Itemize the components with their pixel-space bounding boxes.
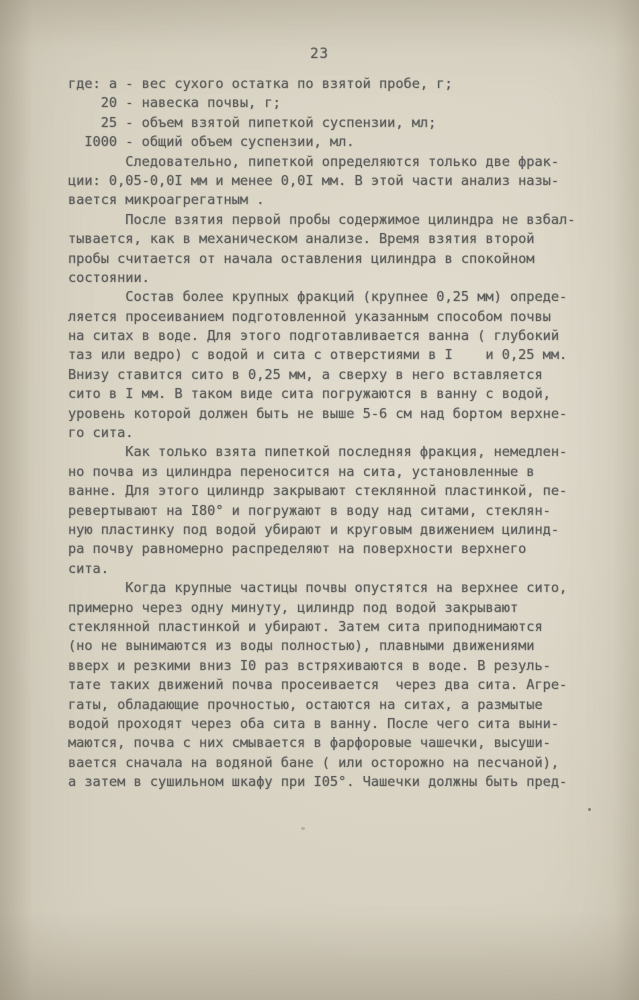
text-line: 20 - навеска почвы, г;: [68, 94, 608, 113]
text-line: I000 - общий объем суспензии, мл.: [68, 133, 608, 152]
text-line: на ситах в воде. Для этого подготавливае…: [68, 327, 608, 346]
text-line: сито в I мм. В таком виде сита погружают…: [68, 385, 608, 404]
text-line: уровень которой должен быть не выше 5-6 …: [68, 405, 608, 424]
ink-speck: [301, 827, 305, 830]
text-line: ревертывают на I80° и погружают в воду н…: [68, 502, 608, 521]
page-number: 23: [0, 46, 639, 62]
text-line: таз или ведро) с водой и сита с отверсти…: [68, 346, 608, 365]
text-line: стеклянной пластинкой и убирают. Затем с…: [68, 618, 608, 637]
text-line: ляется просеиванием подготовленной указа…: [68, 308, 608, 327]
text-line: тывается, как в механическом анализе. Вр…: [68, 230, 608, 249]
text-line: вается сначала на водяной бане ( или ост…: [68, 754, 608, 773]
text-line: где: а - вес сухого остатка по взятой пр…: [68, 75, 608, 94]
text-line: Следовательно, пипеткой определяются тол…: [68, 153, 608, 172]
text-line: ванне. Для этого цилиндр закрывают стекл…: [68, 482, 608, 501]
text-line: тате таких движений почва просеивается ч…: [68, 676, 608, 695]
text-line: маются, почва с них смывается в фарфоров…: [68, 734, 608, 753]
text-line: ра почву равномерно распределяют на пове…: [68, 540, 608, 559]
text-line: примерно через одну минуту, цилиндр под …: [68, 599, 608, 618]
text-line: Состав более крупных фракций (крупнее 0,…: [68, 288, 608, 307]
text-line: состоянии.: [68, 269, 608, 288]
text-line: 25 - объем взятой пипеткой суспензии, мл…: [68, 114, 608, 133]
text-line: ции: 0,05-0,0I мм и менее 0,0I мм. В это…: [68, 172, 608, 191]
text-line: гаты, обладающие прочностью, остаются на…: [68, 696, 608, 715]
text-line: ную пластинку под водой убирают и кругов…: [68, 521, 608, 540]
text-line: водой проходят через оба сита в ванну. П…: [68, 715, 608, 734]
text-line: а затем в сушильном шкафу при I05°. Чаше…: [68, 773, 608, 792]
text-line: го сита.: [68, 424, 608, 443]
text-line: Как только взята пипеткой последняя фрак…: [68, 443, 608, 462]
text-line: Внизу ставится сито в 0,25 мм, а сверху …: [68, 366, 608, 385]
text-line: пробы считается от начала оставления цил…: [68, 250, 608, 269]
text-line: вается микроагрегатным .: [68, 191, 608, 210]
ink-speck: [588, 808, 591, 811]
text-line: Когда крупные частицы почвы опустятся на…: [68, 579, 608, 598]
text-line: сита.: [68, 560, 608, 579]
text-line: вверх и резкими вниз I0 раз встряхиваютс…: [68, 657, 608, 676]
text-block: где: а - вес сухого остатка по взятой пр…: [68, 75, 608, 792]
text-line: (но не вынимаются из воды полностью), пл…: [68, 637, 608, 656]
text-line: но почва из цилиндра переносится на сита…: [68, 463, 608, 482]
scanned-page: 23 где: а - вес сухого остатка по взятой…: [0, 0, 639, 1000]
text-line: После взятия первой пробы содержимое цил…: [68, 211, 608, 230]
